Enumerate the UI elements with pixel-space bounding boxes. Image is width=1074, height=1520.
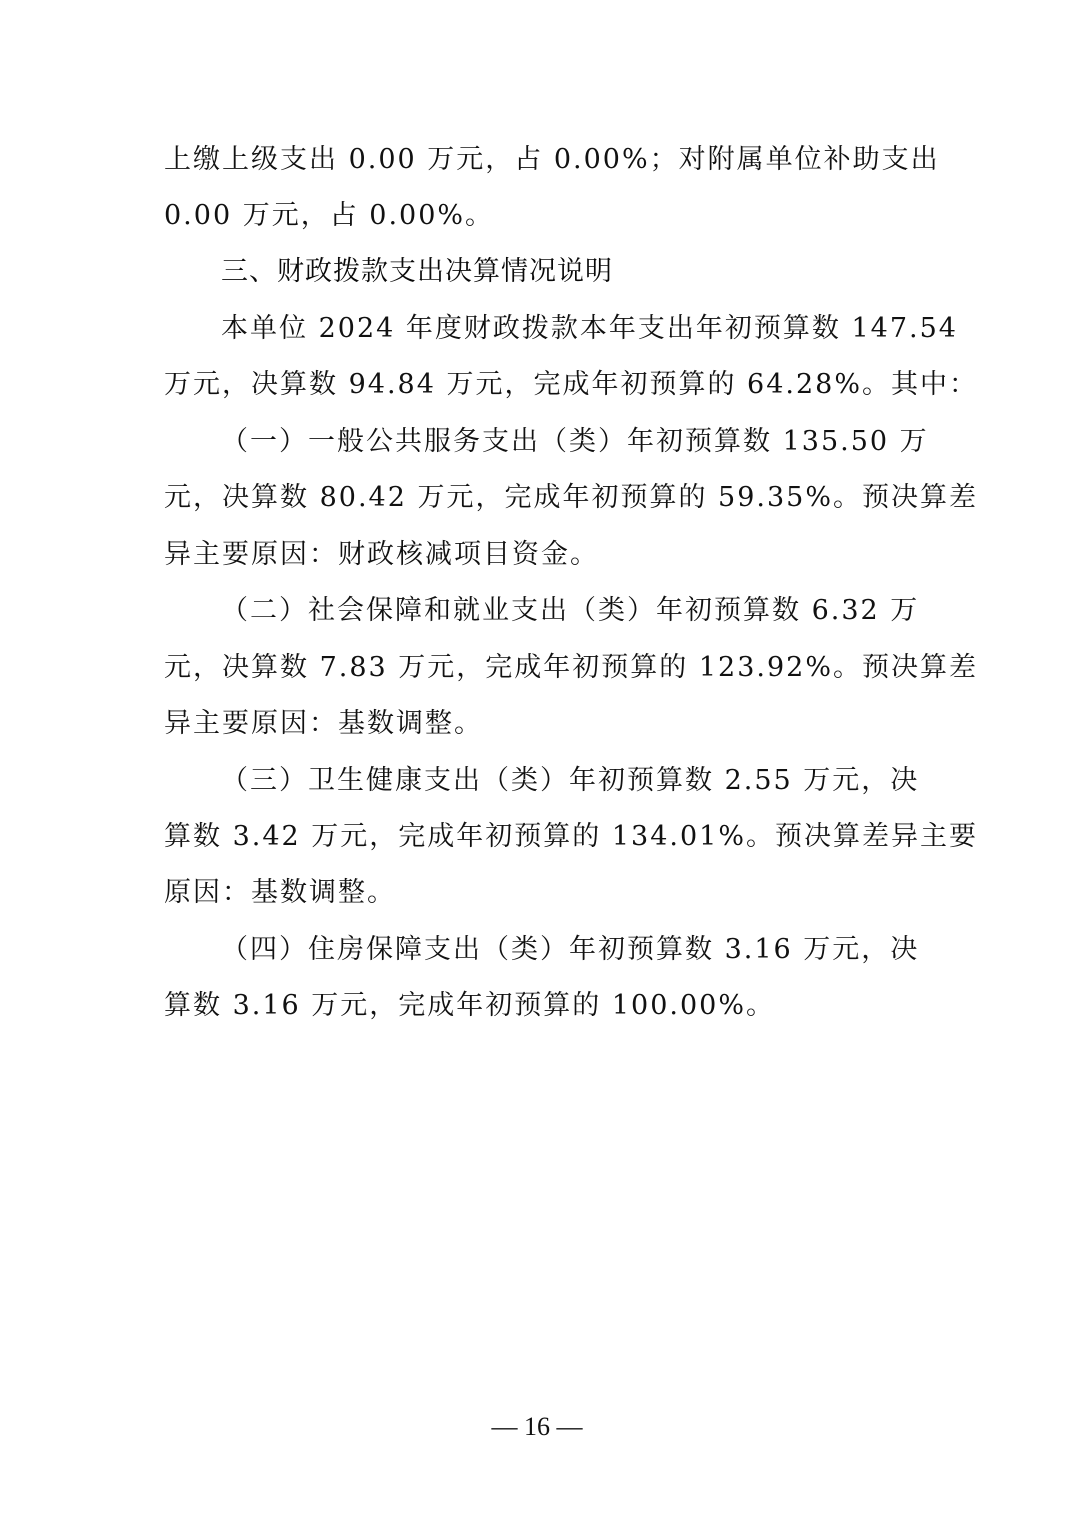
item-2-line: 元，决算数 7.83 万元，完成年初预算的 123.92%。预决算差 xyxy=(164,651,912,685)
item-2-line: 异主要原因：基数调整。 xyxy=(164,707,912,741)
page-number: — 16 — xyxy=(0,1410,1074,1444)
item-3-line: 算数 3.42 万元，完成年初预算的 134.01%。预决算差异主要 xyxy=(164,820,912,854)
document-page: 上缴上级支出 0.00 万元，占 0.00%；对附属单位补助支出 0.00 万元… xyxy=(0,0,1074,1520)
intro-line: 本单位 2024 年度财政拨款本年支出年初预算数 147.54 xyxy=(221,312,912,346)
item-3-line: 原因：基数调整。 xyxy=(164,876,912,910)
intro-line: 万元，决算数 94.84 万元，完成年初预算的 64.28%。其中： xyxy=(164,368,912,402)
item-3-line: （三）卫生健康支出（类）年初预算数 2.55 万元，决 xyxy=(221,764,912,798)
section-heading: 三、财政拨款支出决算情况说明 xyxy=(221,255,613,289)
item-1-line: （一）一般公共服务支出（类）年初预算数 135.50 万 xyxy=(221,425,912,459)
item-4-line: 算数 3.16 万元，完成年初预算的 100.00%。 xyxy=(164,989,912,1023)
paragraph-line: 0.00 万元，占 0.00%。 xyxy=(164,199,912,233)
item-4-line: （四）住房保障支出（类）年初预算数 3.16 万元，决 xyxy=(221,933,912,967)
item-1-line: 异主要原因：财政核减项目资金。 xyxy=(164,538,912,572)
item-1-line: 元，决算数 80.42 万元，完成年初预算的 59.35%。预决算差 xyxy=(164,481,912,515)
paragraph-line: 上缴上级支出 0.00 万元，占 0.00%；对附属单位补助支出 xyxy=(164,143,912,177)
item-2-line: （二）社会保障和就业支出（类）年初预算数 6.32 万 xyxy=(221,594,912,628)
